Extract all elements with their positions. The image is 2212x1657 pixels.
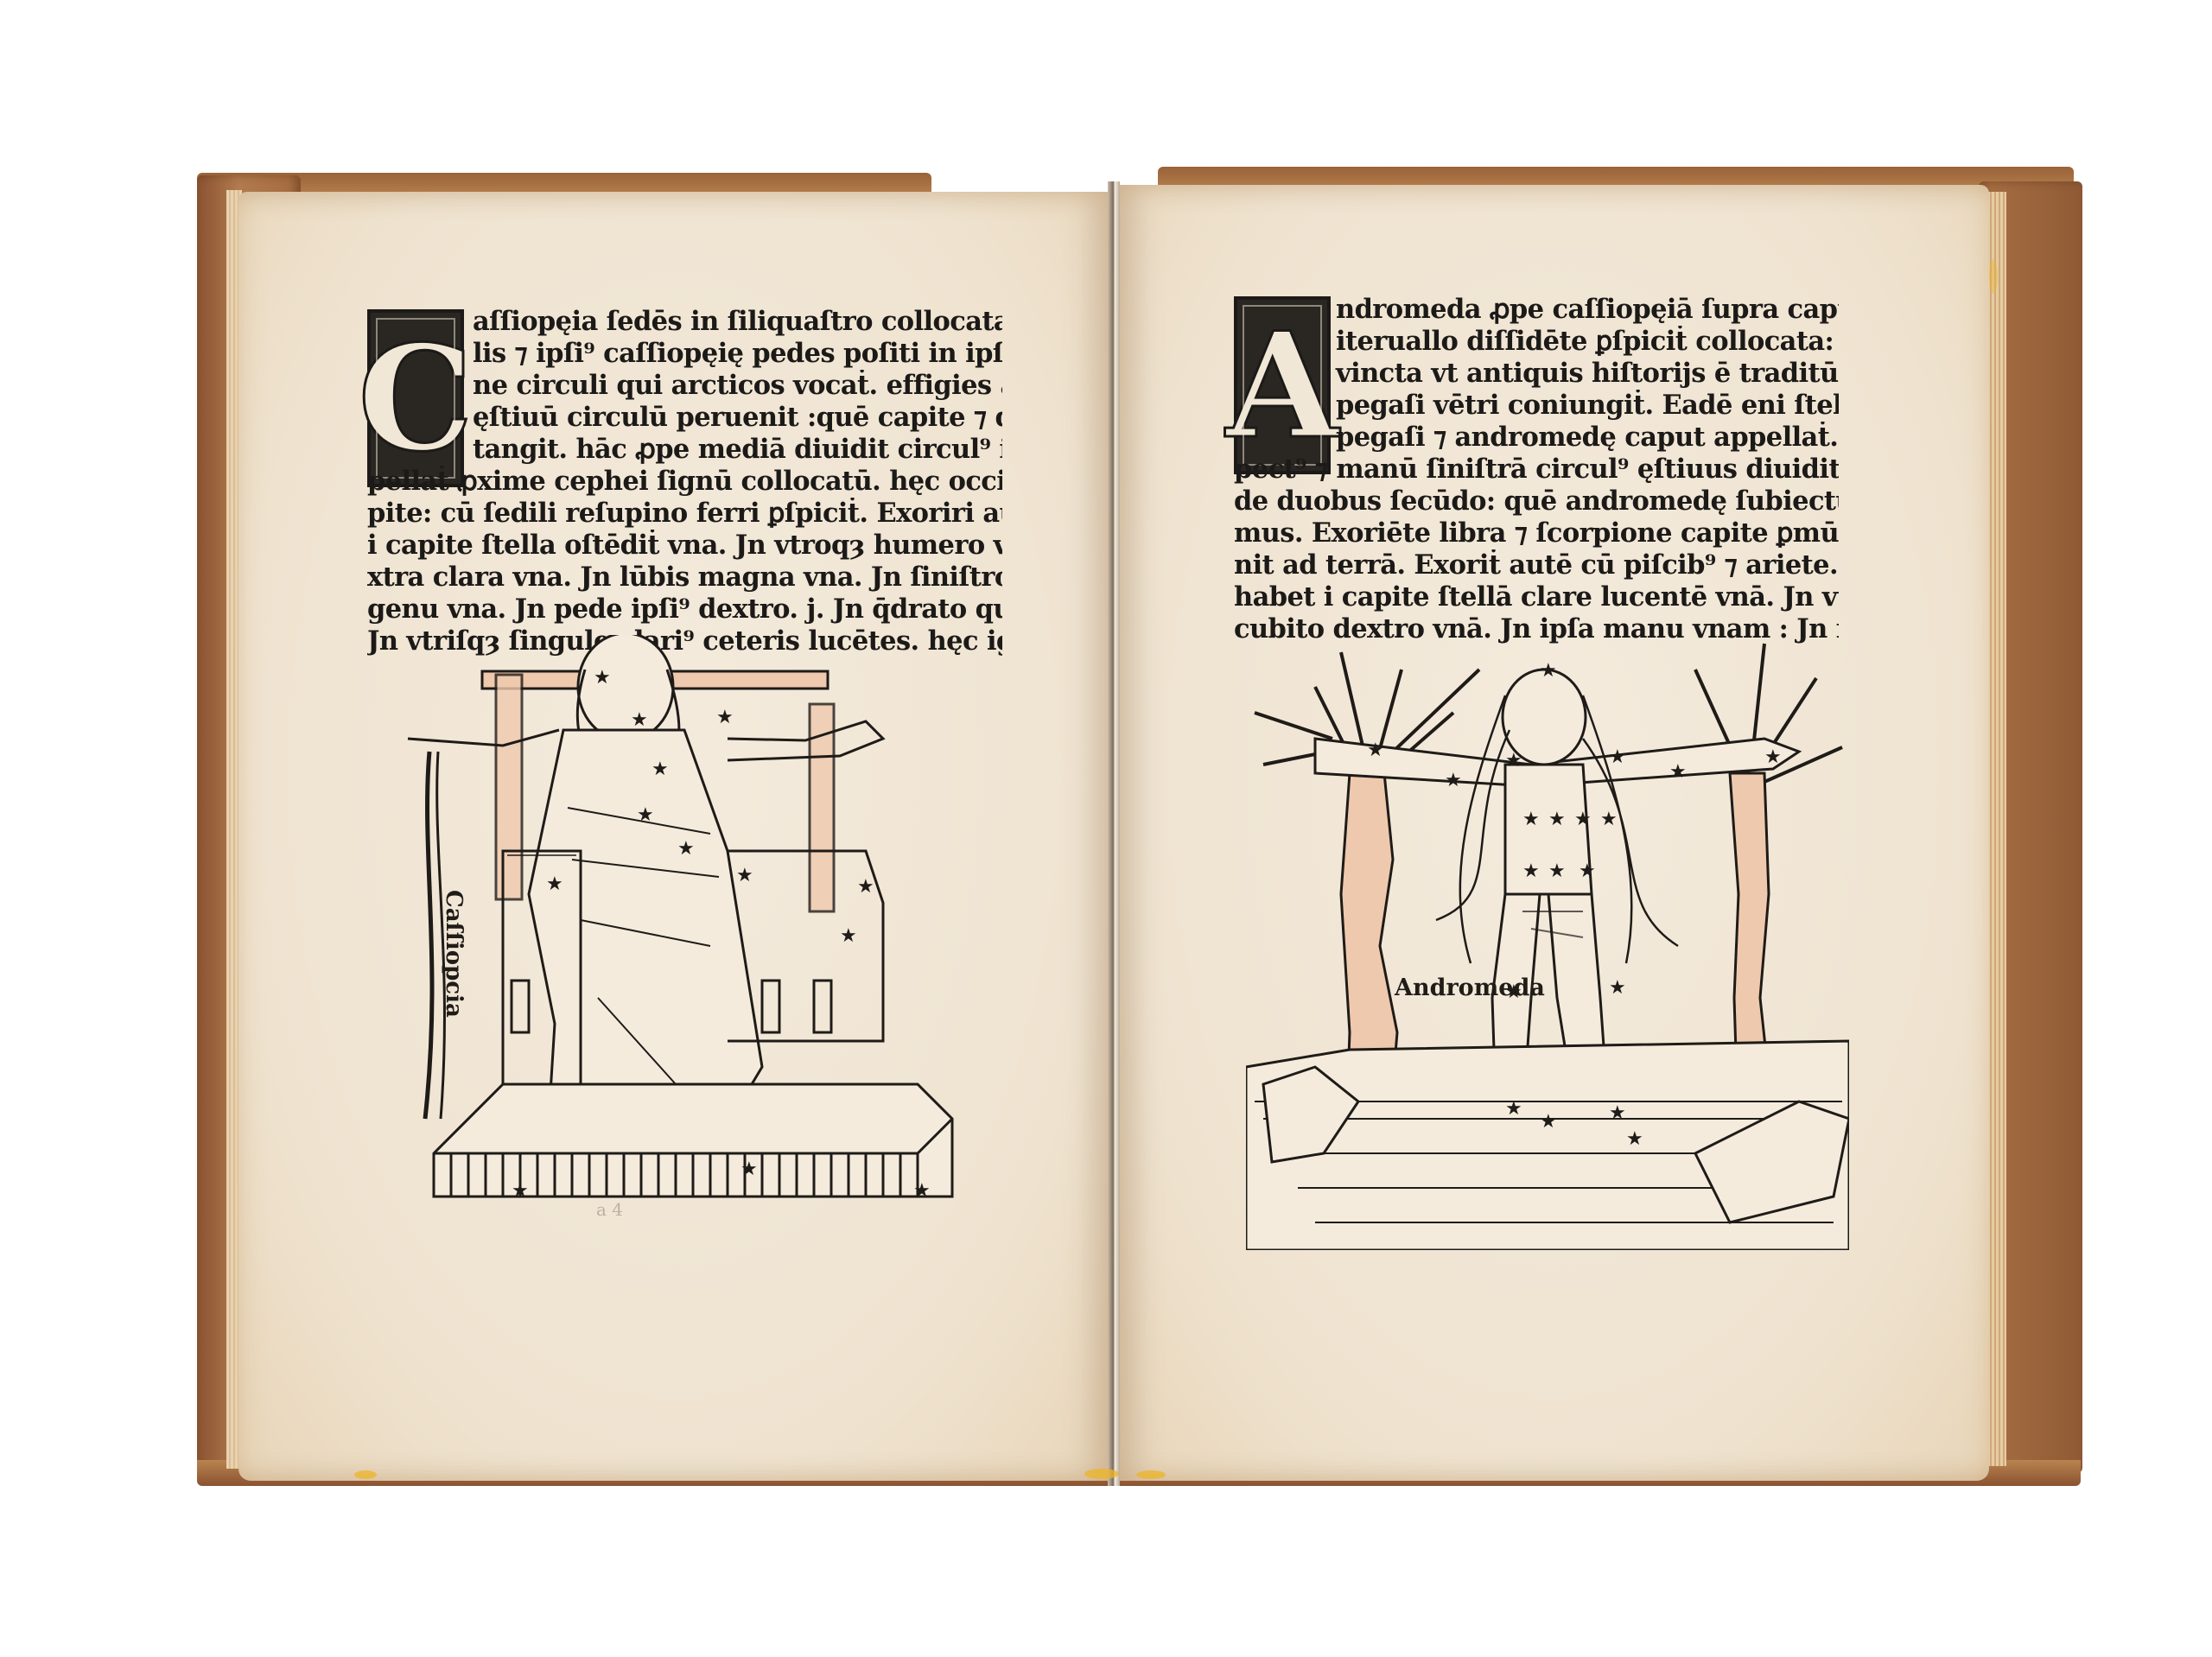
svg-text:★: ★	[637, 804, 654, 826]
svg-text:★: ★	[1579, 860, 1596, 882]
text-line: ndromeda ꝓpe caſſiopęiā ſupra caput perſ…	[1234, 294, 1839, 326]
svg-text:★: ★	[1505, 750, 1522, 771]
svg-text:★: ★	[512, 1180, 529, 1202]
svg-text:★: ★	[1669, 761, 1687, 783]
text-line: vincta vt antiquis hiſtorijs ē traditū: …	[1234, 358, 1839, 390]
open-book-photo: C aſſiopęia ſedēs in ſiliquaſtro colloca…	[0, 0, 2212, 1657]
text-line: ęſtiuū circulū peruenit :quē capite ⁊ de…	[367, 402, 1002, 434]
foxing-stain	[354, 1470, 377, 1479]
svg-text:★: ★	[1609, 1102, 1626, 1124]
svg-text:★: ★	[1600, 809, 1618, 830]
svg-text:★: ★	[594, 667, 611, 689]
text-line: tangit. hāc ꝓpe mediā diuidit circul⁹ is…	[367, 434, 1002, 466]
svg-text:★: ★	[1445, 770, 1462, 791]
cassiopeia-woodcut: ★★★ ★★★ ★★★ ★★★ ★	[399, 635, 959, 1250]
text-line: habet i capite ſtellā clare lucentē vnā.…	[1234, 581, 1839, 613]
svg-text:★: ★	[1609, 977, 1626, 999]
svg-text:★: ★	[1540, 1111, 1557, 1133]
svg-text:★: ★	[631, 709, 648, 731]
text-line: de duobus ſecūdo: quē andromedę ſubiectū…	[1234, 486, 1839, 517]
text-line: i capite ſtella oſtēdiṫ vna. Jn vtroqȝ h…	[367, 530, 1002, 562]
text-line: mus. Exoriēte libra ⁊ ſcorpione capite ꝑ…	[1234, 517, 1839, 549]
svg-text:★: ★	[1548, 860, 1566, 882]
svg-text:★: ★	[1522, 809, 1540, 830]
text-line: iteruallo diſſidēte ꝑſpiciṫ collocata: m…	[1234, 326, 1839, 358]
svg-text:★: ★	[857, 876, 874, 898]
text-line: ne circuli qui arcticos vocaṫ. effigies …	[367, 370, 1002, 402]
svg-text:★: ★	[1764, 746, 1782, 768]
svg-text:★: ★	[840, 925, 857, 947]
andromeda-woodcut: ★★★ ★★★ ★★★ ★★★ ★★★ ★★★ ★★	[1246, 635, 1849, 1250]
svg-text:★: ★	[546, 873, 563, 895]
text-line: pect⁹ ⁊ manū ſiniſtrā circul⁹ ęſtiuus di…	[1234, 454, 1839, 486]
text-line: pellaṫ ꝓxime cephei ſignū collocatū. hęc…	[367, 466, 1002, 498]
svg-text:★: ★	[1626, 1128, 1643, 1150]
book-gutter	[1108, 181, 1120, 1486]
text-line: pite: cū ſedili reſupino ferri ꝑſpiciṫ. …	[367, 498, 1002, 530]
svg-text:★: ★	[736, 865, 753, 886]
svg-text:★: ★	[652, 759, 669, 780]
foxing-stain	[1084, 1469, 1119, 1479]
text-line: pegaſi vētri coniungiṫ. Eadē eni ſtella …	[1234, 390, 1839, 422]
cassiopeia-label: Caſſiopcia	[441, 890, 467, 1018]
text-line: nit ad terrā. Exoriṫ autē cū piſcib⁹ ⁊ a…	[1234, 549, 1839, 581]
andromeda-label: Andromeda	[1395, 975, 1545, 1001]
signature-mark-showthrough: a 4	[596, 1199, 623, 1220]
svg-text:★: ★	[716, 707, 734, 728]
text-line: pegaſi ⁊ andromedę caput appellaṫ. hui⁹ …	[1234, 422, 1839, 454]
text-line: xtra clara vna. Jn lūbis magna vna. Jn ſ…	[367, 562, 1002, 594]
svg-text:★: ★	[1505, 1098, 1522, 1120]
svg-text:★: ★	[1609, 746, 1626, 768]
svg-text:★: ★	[1548, 809, 1566, 830]
text-line: aſſiopęia ſedēs in ſiliquaſtro collocata…	[367, 306, 1002, 338]
foxing-stain	[1989, 259, 1998, 294]
svg-text:★: ★	[1522, 860, 1540, 882]
svg-text:★: ★	[1367, 740, 1384, 761]
foxing-stain	[1136, 1470, 1166, 1479]
left-text-block: aſſiopęia ſedēs in ſiliquaſtro collocata…	[367, 306, 1002, 657]
text-line: lis ⁊ ipſi⁹ caſſiopęię pedes poſiti in i…	[367, 338, 1002, 370]
text-line: genu vna. Jn pede ipſi⁹ dextro. j. Jn q̄…	[367, 594, 1002, 625]
svg-text:★: ★	[741, 1159, 758, 1180]
page-edges-right	[1987, 192, 2006, 1466]
svg-text:★: ★	[677, 838, 695, 860]
svg-text:★: ★	[1574, 809, 1592, 830]
svg-text:★: ★	[913, 1180, 931, 1202]
right-text-block: ndromeda ꝓpe caſſiopęiā ſupra caput perſ…	[1234, 294, 1839, 645]
svg-text:★: ★	[1540, 660, 1557, 682]
